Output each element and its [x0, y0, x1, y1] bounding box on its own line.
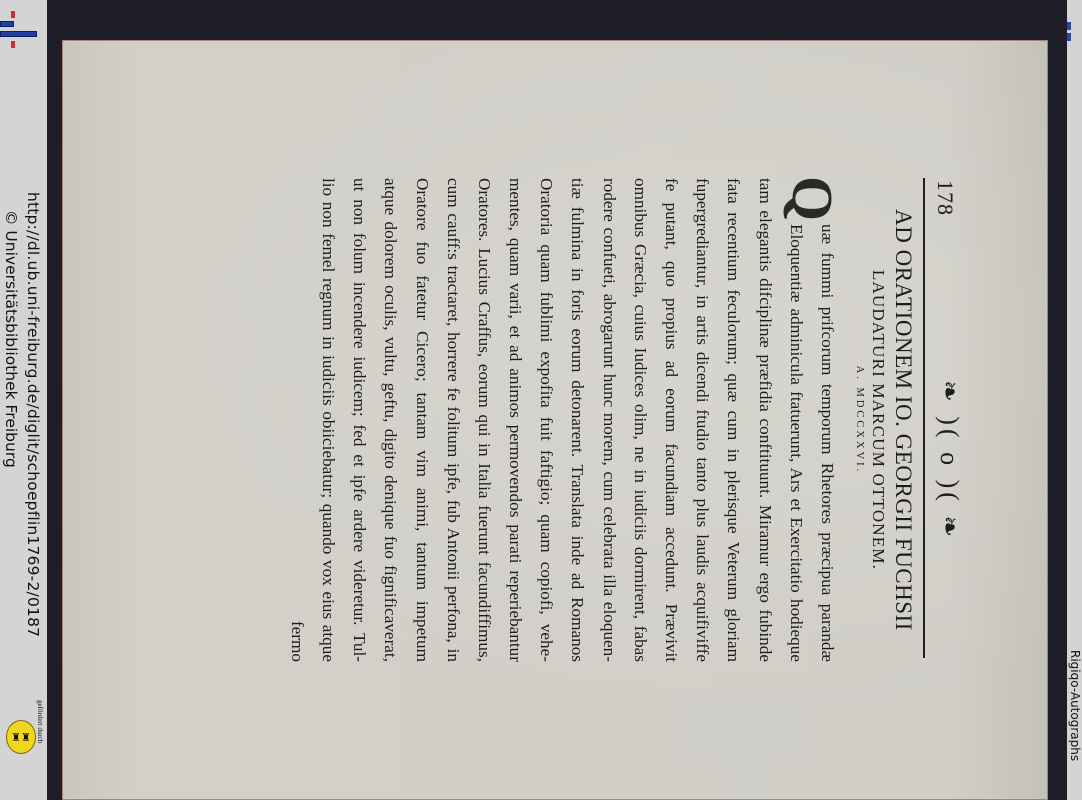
text-line: Oratore fuo fatetur Cicero; tantam vim a…	[406, 178, 437, 662]
page-subtitle: LAUDATURI MARCUM OTTONEM.	[868, 178, 888, 662]
page-content: 178 ❧ )( o )( ❧ AD ORATIONEM IO. GEORGII…	[62, 40, 1048, 800]
text-line: lio non femel regnum in iudiciis obiicie…	[313, 178, 344, 662]
right-edge-text: Rigiqo-Autographs	[1068, 650, 1082, 761]
marker-icon	[1067, 33, 1071, 41]
scanned-page: 178 ❧ )( o )( ❧ AD ORATIONEM IO. GEORGII…	[62, 40, 1048, 800]
text-line: Oratores. Lucius Craffus, eorum qui in I…	[469, 178, 500, 662]
coat-of-arms-icon: ♜♜	[6, 720, 36, 754]
text-line: fe putant, quo propius ad eorum facundia…	[656, 178, 687, 662]
text-line: atque dolorem oculis, vultu, geftu, digi…	[375, 178, 406, 662]
document-url[interactable]: http://dl.ub.uni-freiburg.de/diglit/scho…	[24, 192, 42, 637]
drop-cap: Q	[783, 176, 841, 221]
text-line: mentes, quam varii, et ad animos permove…	[500, 178, 531, 662]
text-line: ut non folum incendere iudicem; fed et i…	[344, 178, 375, 662]
header-ornament: ❧ )( o )( ❧	[934, 380, 964, 541]
text-line: cum cauff:s tractaret, horrere fe folitu…	[438, 178, 469, 662]
text-line: Eloquentiæ adminicula ftatuerunt, Ars et…	[781, 178, 812, 662]
library-logo-icon	[0, 0, 47, 60]
page-number: 178	[932, 180, 958, 216]
copyright-notice: © Universitätsbibliothek Freiburg	[2, 210, 20, 468]
page-title: AD ORATIONEM IO. GEORGII FUCHSII	[890, 178, 916, 662]
text-line: tiæ fulmina in foris eorum detonarent. T…	[562, 178, 593, 662]
text-line: Oratoria quam fublimi expofita fuit faft…	[531, 178, 562, 662]
page-date: A. MDCCXXVI.	[854, 178, 865, 662]
text-line: fupergrediantur, in artis dicendi ftudio…	[687, 178, 718, 662]
text-line: tam elegantis difciplinæ præfidia confti…	[749, 178, 780, 662]
catchword: fermo	[282, 178, 313, 662]
text-line: fata recentium feculorum; quæ cum in ple…	[718, 178, 749, 662]
marker-icon	[1067, 22, 1071, 30]
text-line: omnibus Græcia, cuius Iudices olim, ne i…	[625, 178, 656, 662]
body-text: Q uæ fummi prifcorum temporum Rhetores p…	[282, 178, 843, 662]
text-line: rodere confueti, abrogarunt hunc morem, …	[594, 178, 625, 662]
header-rule	[923, 178, 925, 658]
text-line: uæ fummi prifcorum temporum Rhetores præ…	[812, 178, 843, 662]
sponsor-label: gefördert durch	[36, 700, 44, 743]
